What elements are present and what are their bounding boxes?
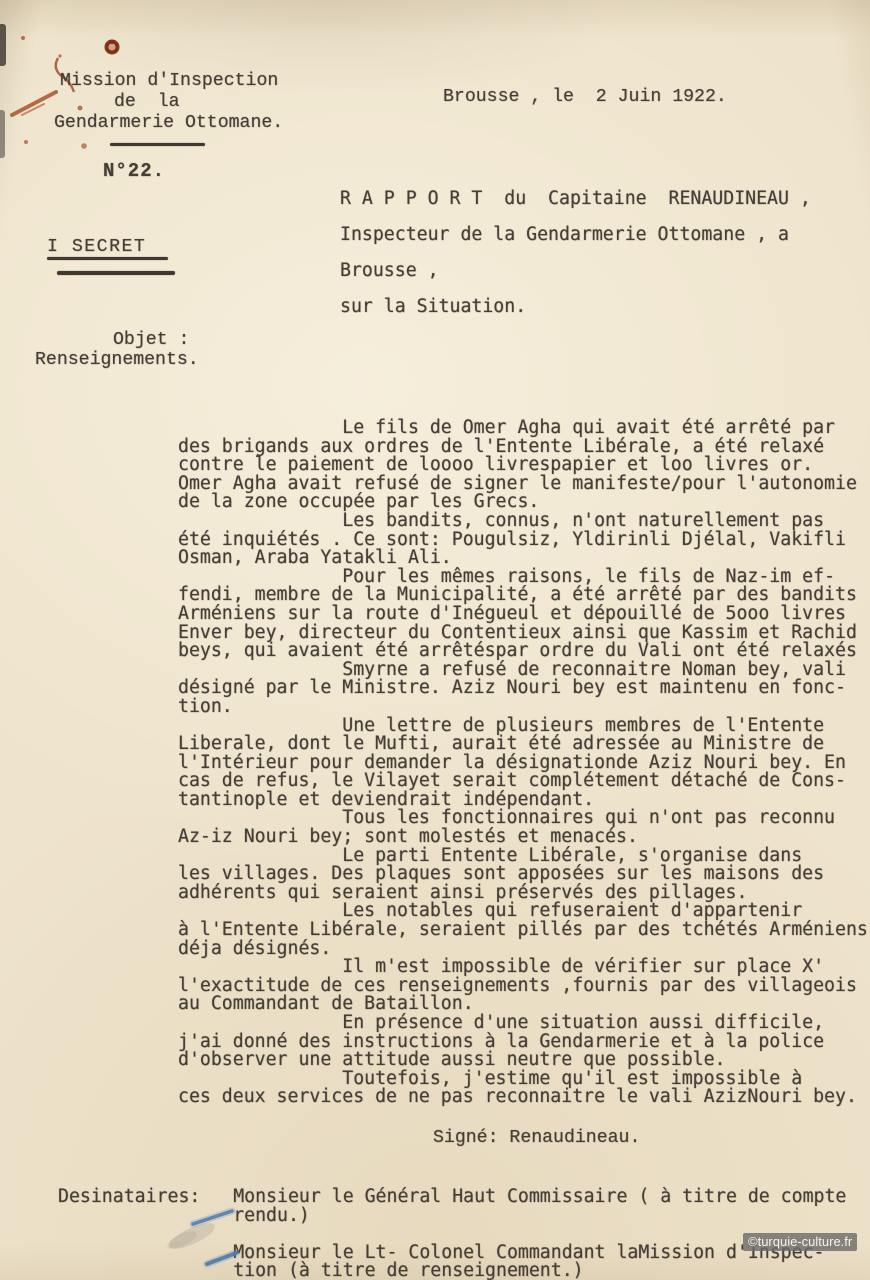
letterhead-divider	[110, 143, 205, 146]
secrecy-marking: I SECRET	[47, 238, 146, 257]
dateline: Brousse , le 2 Juin 1922.	[443, 88, 727, 107]
ink-stain-top-left-icon	[0, 18, 220, 178]
secrecy-underline-2	[57, 271, 175, 275]
secrecy-underline-1	[47, 257, 168, 260]
document-photo: Mission d'Inspection de la Gendarmerie O…	[0, 0, 870, 1280]
letterhead-line2: de la	[114, 93, 180, 112]
signature-line: Signé: Renaudineau.	[433, 1129, 640, 1148]
report-heading: R A P P O R T du Capitaine RENAUDINEAU ,…	[340, 181, 811, 325]
watermark-credit: ©turquie-culture.fr	[743, 1233, 857, 1251]
subject-value: Renseignements.	[35, 351, 199, 370]
recipients-block: Desinataires: Monsieur le Général Haut C…	[58, 1188, 846, 1280]
letterhead-line3: Gendarmerie Ottomane.	[54, 114, 283, 133]
letterhead-line1: Mission d'Inspection	[60, 72, 278, 91]
subject-label: Objet :	[113, 331, 189, 350]
report-body: Le fils de Omer Agha qui avait été arrêt…	[178, 419, 868, 1107]
document-number: N°22.	[103, 162, 165, 181]
